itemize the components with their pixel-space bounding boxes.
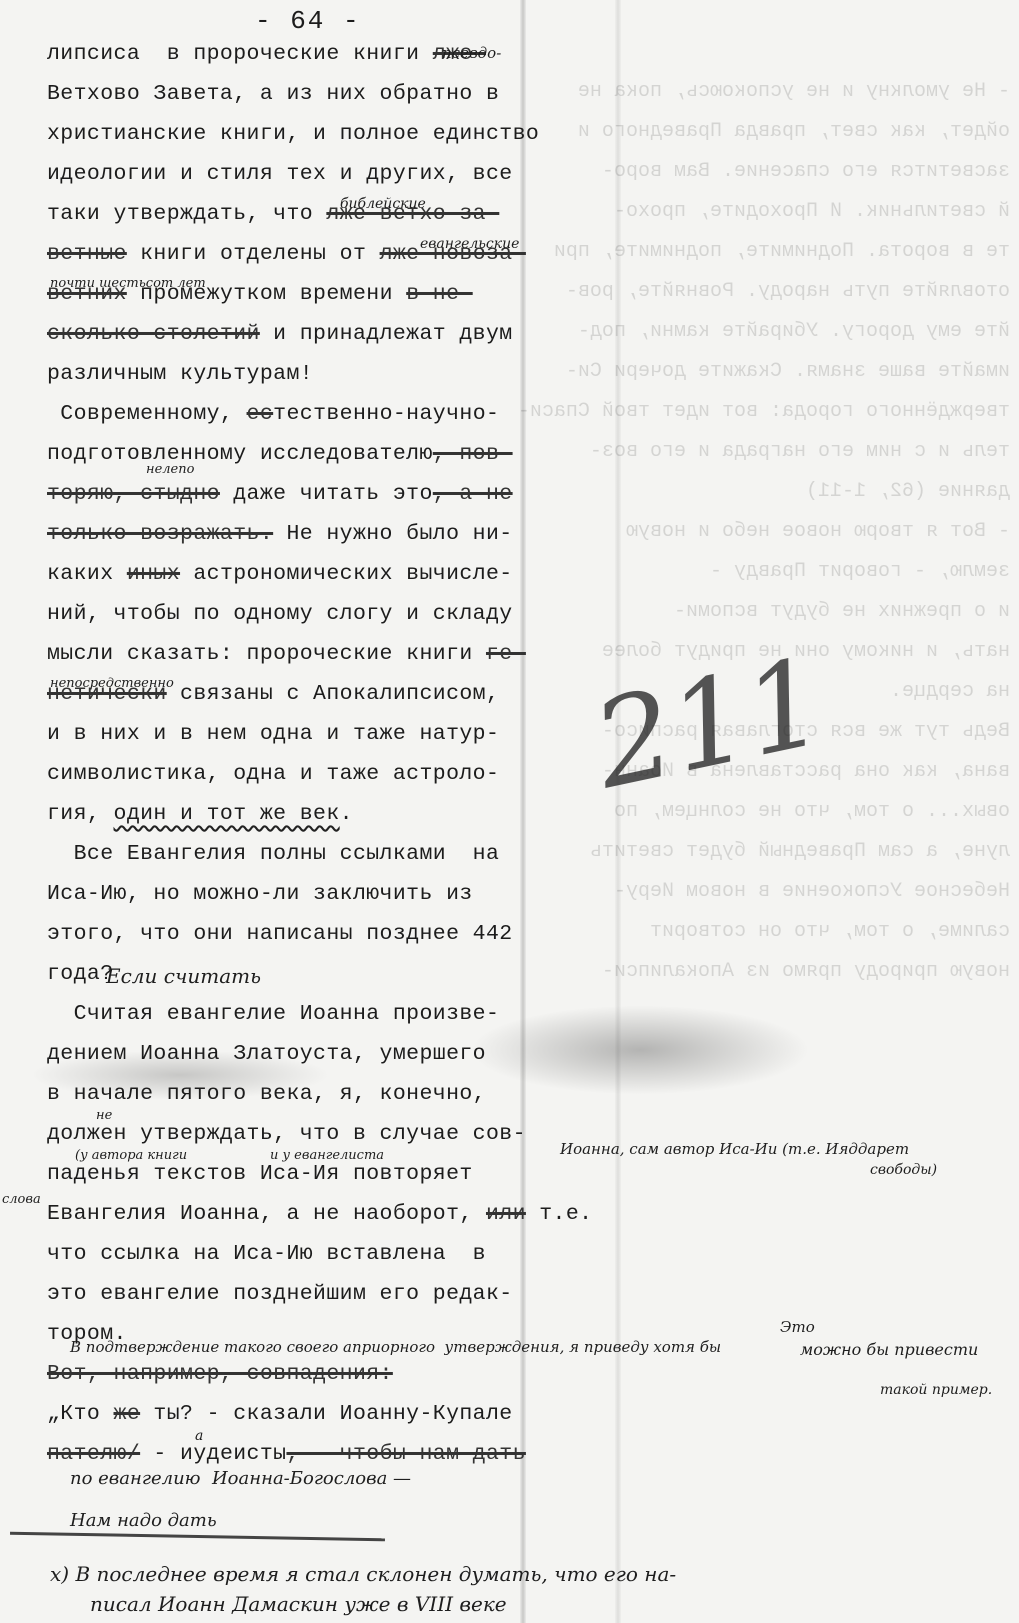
handwritten-note: слова (2, 1192, 41, 1207)
bleed-through-line: й светильник. И Проходите, прохо- (614, 200, 1010, 223)
text-segment: „Кто (47, 1402, 114, 1426)
bleed-through-line: землю, - говорит Правду - (710, 560, 1010, 583)
text-segment: т.е. (526, 1202, 593, 1226)
typed-line: таки утверждать, что лже-ветхо за- (47, 202, 499, 226)
handwritten-note: почти шестьсот лет (50, 276, 206, 291)
typed-line: пателю/ - иудеисты, - чтобы нам дать (47, 1442, 526, 1466)
handwritten-note: В подтверждение такого своего априорного… (70, 1338, 721, 1356)
struck-text: или (486, 1202, 526, 1226)
handwritten-note: можно бы привести (800, 1340, 978, 1359)
bleed-through-line: Небесное Успокоение в новом Иеру- (614, 880, 1010, 903)
handwritten-note: Нам надо дать (70, 1510, 217, 1531)
typed-line: Иса-Ию, но можно-ли заключить из (47, 882, 473, 906)
bleed-through-line: новую природу прямо из Апокалипси- (602, 960, 1010, 983)
text-segment: это евангелие позднейшим его редак- (47, 1282, 513, 1306)
handwritten-note: евангельские (420, 236, 519, 252)
bleed-through-line: - Не умолкну и не успокоюсь, пока не (578, 80, 1010, 103)
text-segment: Современному, (47, 402, 247, 426)
text-segment: ты? - сказали Иоанну-Купале (140, 1402, 512, 1426)
text-segment: липсиса в пророческие книги (47, 42, 433, 66)
struck-text: , пов- (433, 442, 513, 466)
typed-line: Все Евангелия полны ссылками на (47, 842, 499, 866)
handwritten-note: непосредственно (50, 676, 174, 691)
struck-text: в не- (406, 282, 473, 306)
text-segment: года? (47, 962, 114, 986)
struck-text: , а не (433, 482, 513, 506)
text-segment: ний, чтобы по одному слогу и складу (47, 602, 513, 626)
text-segment: мысли сказать: пророческие книги (47, 642, 486, 666)
typed-line: это евангелие позднейшим его редак- (47, 1282, 513, 1306)
handwritten-note: Это (780, 1318, 815, 1336)
handwritten-note: а (195, 1428, 203, 1444)
struck-text: ге- (486, 642, 526, 666)
typed-line: идеологии и стиля тех и других, все (47, 162, 513, 186)
text-segment: в начале пятого века, я, конечно, (47, 1082, 486, 1106)
text-segment: различным культурам! (47, 362, 313, 386)
text-segment: должен утверждать, что в случае сов- (47, 1122, 526, 1146)
typed-line: года? (47, 962, 114, 986)
text-segment: паденья текстов Иса-Ия повторяет (47, 1162, 473, 1186)
text-segment: гия, (47, 802, 114, 826)
handwritten-note: писал Иоанн Дамаскин уже в VIII веке (90, 1592, 507, 1616)
text-segment: этого, что они написаны позднее 442 (47, 922, 513, 946)
text-segment: . (340, 802, 353, 826)
struck-text: торяю, стыдно (47, 482, 220, 506)
typed-line: Ветхово Завета, а из них обратно в (47, 82, 499, 106)
text-segment: Не нужно было ни- (273, 522, 512, 546)
scanned-document-page: - Не умолкну и не успокоюсь, пока неойде… (0, 0, 1019, 1623)
handwritten-note: псевдо- (442, 44, 501, 62)
text-segment: даже читать это (220, 482, 433, 506)
typed-line: символистика, одна и таже астроло- (47, 762, 499, 786)
page-number: - 64 - (255, 6, 361, 36)
handwritten-note: такой пример. (880, 1382, 992, 1398)
text-segment: подготовленному исследователю (47, 442, 433, 466)
text-segment: один и тот же век (114, 802, 340, 826)
typed-line: христианские книги, и полное единство (47, 122, 539, 146)
handwritten-note: библейские (340, 196, 426, 212)
text-segment: книги отделены от (127, 242, 380, 266)
typed-line: дением Иоанна Златоуста, умершего (47, 1042, 486, 1066)
handwritten-note: (у автора книги (75, 1148, 187, 1163)
text-segment: Евангелия Иоанна, а не наоборот, (47, 1202, 486, 1226)
typed-line: липсиса в пророческие книги лже- (47, 42, 486, 66)
handwritten-note: x) В последнее время я стал склонен дума… (50, 1562, 676, 1586)
bleed-through-line: тель и с ним его награда и его воз- (590, 440, 1010, 463)
text-segment: христианские книги, и полное единство (47, 122, 539, 146)
text-segment: Считая евангелие Иоанна произве- (47, 1002, 499, 1026)
text-segment: идеологии и стиля тех и других, все (47, 162, 513, 186)
text-segment: таки утверждать, что (47, 202, 326, 226)
text-segment: и принадлежат двум (260, 322, 513, 346)
typed-line: сколько столетий и принадлежат двум (47, 322, 513, 346)
text-segment: - иудеисты (140, 1442, 286, 1466)
footnote-divider (10, 1532, 385, 1542)
bleed-through-line: луне, а сам Праведный будет светить (590, 840, 1010, 863)
bleed-through-line: овых... о том, что не солнцем, по (614, 800, 1010, 823)
struck-text: пателю/ (47, 1442, 140, 1466)
struck-text: сколько столетий (47, 322, 260, 346)
text-segment: тественно-научно- (273, 402, 499, 426)
bleed-through-line: йте ему дорогу. Убирайте камни, под- (578, 320, 1010, 343)
text-segment: связаны с Апокалипсисом, (167, 682, 500, 706)
bleed-through-line: ойдет, как свет, правда Праведного и (578, 120, 1010, 143)
text-segment: и в них и в нем одна и таже натур- (47, 722, 499, 746)
bleed-through-line: салиме, о том, что он сотворит (650, 920, 1010, 943)
typed-line: мысли сказать: пророческие книги ге- (47, 642, 526, 666)
bleed-through-line: и о прежних не будут вспоми- (674, 600, 1010, 623)
typed-line: что ссылка на Иса-Ию вставлена в (47, 1242, 486, 1266)
typed-line: в начале пятого века, я, конечно, (47, 1082, 486, 1106)
text-segment: каких (47, 562, 127, 586)
typed-line: паденья текстов Иса-Ия повторяет (47, 1162, 473, 1186)
bleed-through-line: отовляйте путь народу. Ровняйте, ров- (566, 280, 1010, 303)
text-segment: Иса-Ию, но можно-ли заключить из (47, 882, 473, 906)
struck-text: только возражать. (47, 522, 273, 546)
handwritten-note: нелепо (146, 462, 194, 477)
typed-line: подготовленному исследователю, пов- (47, 442, 513, 466)
struck-text: ветные (47, 242, 127, 266)
handwritten-note: Если считать (106, 964, 261, 988)
struck-text: Вот, например, совпадения: (47, 1362, 393, 1386)
typed-line: „Кто же ты? - сказали Иоанну-Купале (47, 1402, 513, 1426)
typed-line: торяю, стыдно даже читать это, а не (47, 482, 513, 506)
bleed-through-line: даяние (62, 1-11) (806, 480, 1010, 503)
handwritten-note: и у евангелиста (270, 1148, 384, 1163)
typed-line: этого, что они написаны позднее 442 (47, 922, 513, 946)
text-segment: астрономических вычисле- (180, 562, 513, 586)
handwritten-note: свободы) (870, 1162, 937, 1178)
struck-text: иных (127, 562, 180, 586)
handwritten-note: не (96, 1108, 112, 1123)
text-segment: дением Иоанна Златоуста, умершего (47, 1042, 486, 1066)
text-segment: Все Евангелия полны ссылками на (47, 842, 499, 866)
text-segment: что ссылка на Иса-Ию вставлена в (47, 1242, 486, 1266)
typed-line: только возражать. Не нужно было ни- (47, 522, 513, 546)
typed-line: должен утверждать, что в случае сов- (47, 1122, 526, 1146)
bleed-through-line: на сердце. (890, 680, 1010, 703)
typed-line: Считая евангелие Иоанна произве- (47, 1002, 499, 1026)
bleed-through-line: имайте ваше знамя. Скажите дочери Си- (566, 360, 1010, 383)
bleed-through-line: те в ворота. Поднимите, поднимите, при (554, 240, 1010, 263)
typed-line: Современному, естественно-научно- (47, 402, 499, 426)
text-segment: Ветхово Завета, а из них обратно в (47, 82, 499, 106)
typed-line: Евангелия Иоанна, а не наоборот, или т.е… (47, 1202, 592, 1226)
struck-text: , - чтобы нам дать (286, 1442, 525, 1466)
bleed-through-line: - Вот я творю новое небо и новую (626, 520, 1010, 543)
typed-line: и в них и в нем одна и таже натур- (47, 722, 499, 746)
typed-line: различным культурам! (47, 362, 313, 386)
typed-line: Вот, например, совпадения: (47, 1362, 393, 1386)
typed-line: каких иных астрономических вычисле- (47, 562, 513, 586)
typed-line: ний, чтобы по одному слогу и складу (47, 602, 513, 626)
bleed-through-line: засветится его спасение. Вам воро- (602, 160, 1010, 183)
handwritten-note: Иоанна, сам автор Иса-Ии (т.е. Ияддарет (560, 1140, 909, 1158)
struck-text: ес (247, 402, 274, 426)
handwritten-note: по евангелию Иоанна-Богослова — (70, 1468, 411, 1489)
typed-line: гия, один и тот же век. (47, 802, 353, 826)
ink-smudge (470, 1005, 810, 1095)
text-segment: символистика, одна и таже астроло- (47, 762, 499, 786)
bleed-through-line: тверждённого города: вот идет твой Спаси… (518, 400, 1010, 423)
struck-text: же (114, 1402, 141, 1426)
